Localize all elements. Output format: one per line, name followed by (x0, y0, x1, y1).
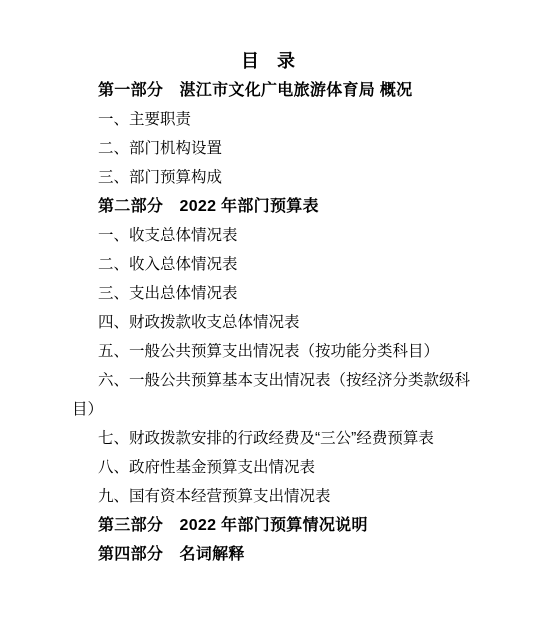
document-page: 目 录 第一部分 湛江市文化广电旅游体育局 概况 一、主要职责 二、部门机构设置… (0, 0, 536, 642)
toc-item: 八、政府性基金预算支出情况表 (72, 453, 464, 482)
toc-item: 九、国有资本经营预算支出情况表 (72, 482, 464, 511)
toc-section-heading-part3: 第三部分 2022 年部门预算情况说明 (72, 511, 464, 540)
toc-item: 七、财政拨款安排的行政经费及“三公”经费预算表 (72, 424, 464, 453)
toc-section-heading-part4: 第四部分 名词解释 (72, 540, 464, 569)
toc-item: 六、一般公共预算基本支出情况表（按经济分类款级科 目） (72, 366, 464, 424)
toc-item: 一、收支总体情况表 (72, 221, 464, 250)
toc-item: 三、支出总体情况表 (72, 279, 464, 308)
toc-section-heading-part1: 第一部分 湛江市文化广电旅游体育局 概况 (72, 76, 464, 105)
toc-item: 四、财政拨款收支总体情况表 (72, 308, 464, 337)
toc-title: 目 录 (72, 47, 464, 76)
toc-item: 一、主要职责 (72, 105, 464, 134)
toc-section-heading-part2: 第二部分 2022 年部门预算表 (72, 192, 464, 221)
toc-item: 五、一般公共预算支出情况表（按功能分类科目） (72, 337, 464, 366)
toc-item: 二、部门机构设置 (72, 134, 464, 163)
toc-item: 二、收入总体情况表 (72, 250, 464, 279)
toc-item: 三、部门预算构成 (72, 163, 464, 192)
